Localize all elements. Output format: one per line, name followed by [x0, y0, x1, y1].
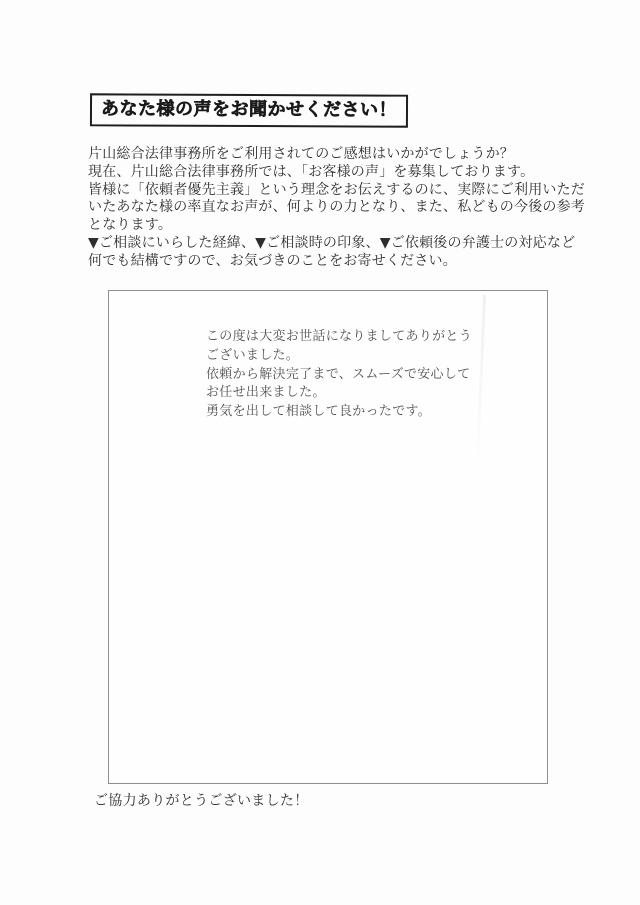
intro-line: 何でも結構ですので、お気づきのことをお寄せください。: [88, 253, 578, 271]
scan-crease-artifact: [475, 295, 486, 485]
testimonial-line: この度は大変お世話になりましてありがとう: [206, 328, 472, 347]
testimonial-line: ございました。: [206, 347, 472, 366]
intro-paragraph: 片山総合法律事務所をご利用されてのご感想はいかがでしょうか？ 現在、片山総合法律…: [88, 146, 578, 271]
intro-line: となります。: [88, 217, 578, 235]
customer-testimonial: この度は大変お世話になりましてありがとう ございました。 依頼から解決完了まで、…: [206, 328, 472, 422]
page-title: あなた様の声をお聞かせください！: [101, 98, 397, 120]
intro-line: 現在、片山総合法律事務所では、「お客様の声」を募集しております。: [88, 164, 578, 182]
intro-line: いたあなた様の率直なお声が、何よりの力となり、また、私どもの今後の参考: [88, 199, 578, 217]
customer-response-box: この度は大変お世話になりましてありがとう ございました。 依頼から解決完了まで、…: [108, 290, 548, 784]
scanned-feedback-page: あなた様の声をお聞かせください！ 片山総合法律事務所をご利用されてのご感想はいか…: [0, 0, 640, 905]
testimonial-line: お任せ出来ました。: [206, 384, 472, 403]
intro-line: ▼ご相談にいらした経緯、▼ご相談時の印象、▼ご依頼後の弁護士の対応など: [88, 235, 578, 253]
title-banner: あなた様の声をお聞かせください！: [90, 93, 408, 127]
intro-line: 片山総合法律事務所をご利用されてのご感想はいかがでしょうか？: [88, 146, 578, 164]
footer-thanks-text: ご協力ありがとうございました！: [94, 790, 309, 810]
intro-line: 皆様に「依頼者優先主義」という理念をお伝えするのに、実際にご利用いただ: [88, 182, 578, 200]
testimonial-line: 勇気を出して相談して良かったです。: [206, 403, 472, 422]
testimonial-line: 依頼から解決完了まで、スムーズで安心して: [206, 366, 472, 385]
